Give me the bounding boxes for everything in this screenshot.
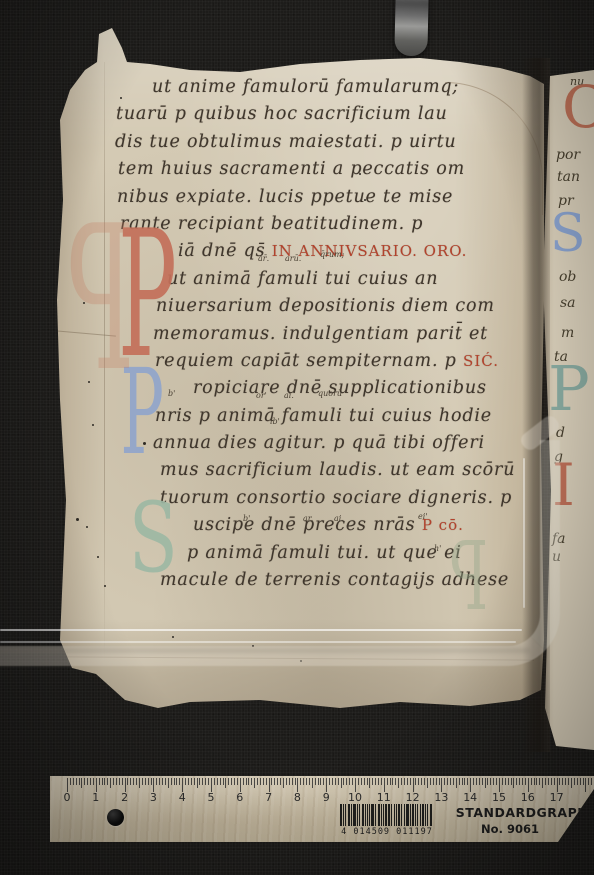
ruler-tick (378, 778, 379, 785)
ruler-tick (568, 778, 569, 785)
ruler-tick (464, 778, 465, 785)
ruler-tick (479, 778, 480, 785)
ruler-tick (139, 778, 140, 788)
ruler-tick (179, 778, 180, 785)
barcode-bar (367, 804, 368, 826)
barcode-bar (357, 804, 358, 826)
ruler-tick (240, 778, 241, 792)
gloss: ai. (284, 392, 294, 400)
ruler-tick (122, 778, 123, 785)
barcode-bar (371, 804, 374, 826)
ink-segment: ut animā famuli tui cuius an (167, 269, 438, 289)
ruler-tick (355, 778, 356, 792)
ruler-tick (127, 778, 128, 785)
glass-highlight (0, 629, 522, 631)
ruler-tick (306, 778, 307, 785)
ruler-number: 15 (490, 791, 508, 804)
ruler-tick (234, 778, 235, 785)
ruler-tick (323, 778, 324, 785)
ruler-tick (338, 778, 339, 785)
ruler-tick (116, 778, 117, 785)
ruler-tick (231, 778, 232, 785)
ruler-tick (574, 778, 575, 785)
barcode (340, 804, 432, 826)
ruler-number: 12 (404, 791, 422, 804)
ruler-tick (433, 778, 434, 785)
ruler-number: 11 (375, 791, 393, 804)
barcode-bar (415, 804, 416, 826)
ruler-tick (571, 778, 572, 788)
barcode-bar (417, 804, 418, 826)
ruler-tick (248, 778, 249, 785)
barcode-bar (388, 804, 390, 826)
ruler-tick (254, 778, 255, 788)
ruler-tick (136, 778, 137, 785)
ruler-number: 3 (144, 791, 162, 804)
ruler-tick (81, 778, 82, 788)
ruler-tick (188, 778, 189, 785)
ruler-number: 14 (461, 791, 479, 804)
ruler-tick (341, 778, 342, 788)
ruler-tick (439, 778, 440, 785)
ruler-tick (542, 778, 543, 788)
ruler-tick (202, 778, 203, 785)
ruler-tick (266, 778, 267, 785)
ruler-tick (300, 778, 301, 785)
ruler-tick (280, 778, 281, 785)
ruler-tick (237, 778, 238, 785)
ruler-tick (427, 778, 428, 788)
ruler-tick (343, 778, 344, 785)
ruler-tick (525, 778, 526, 785)
ruler-tick (84, 778, 85, 785)
barcode-bar (383, 804, 384, 826)
ruler-tick (410, 778, 411, 785)
ruler-tick (263, 778, 264, 785)
ruler-tick (96, 778, 97, 792)
ruler-tick (487, 778, 488, 785)
ruler-number: 2 (116, 791, 134, 804)
ruler-number: 0 (58, 791, 76, 804)
ruler-tick (243, 778, 244, 785)
ruler-tick (522, 778, 523, 785)
barcode-bar (345, 804, 346, 826)
ruler-tick (516, 778, 517, 785)
barcode-bar (365, 804, 366, 826)
ruler-tick (119, 778, 120, 785)
ruler-tick (165, 778, 166, 785)
ruler-tick (113, 778, 114, 785)
barcode-bar (348, 804, 350, 826)
ruler-tick (424, 778, 425, 785)
showthrough-initial-left: P (80, 222, 135, 378)
ruler-tick (467, 778, 468, 785)
ink-segment: tem huius sacramenti a peccatis om (118, 159, 465, 179)
ruler-tick (548, 778, 549, 785)
ruler-tick (142, 778, 143, 785)
ruler-tick (485, 778, 486, 788)
ruler-tick (148, 778, 149, 785)
ruler-tick (450, 778, 451, 785)
barcode-bar (391, 804, 392, 826)
glass-page-weight (0, 440, 560, 666)
ruler-tick (251, 778, 252, 785)
ruler-tick (274, 778, 275, 785)
ruler-tick (447, 778, 448, 785)
text-line: tuarū p quibus hoc sacrificium lau (112, 101, 507, 128)
barcode-bar (351, 804, 352, 826)
ruler-tick (401, 778, 402, 785)
ruler-tick (318, 778, 319, 785)
ruler-tick (392, 778, 393, 785)
ruler-tick (70, 778, 71, 785)
ruler-tick (283, 778, 284, 788)
ruler-tick (171, 778, 172, 785)
ruler-tick (372, 778, 373, 785)
ruler-tick (223, 778, 224, 785)
ink-speck (359, 173, 361, 175)
ruler-tick (156, 778, 157, 785)
ruler-tick (430, 778, 431, 785)
ruler-tick (185, 778, 186, 785)
ruler-tick (257, 778, 258, 785)
barcode-bar (343, 804, 344, 826)
ruler-tick (418, 778, 419, 785)
ruler-tick (577, 778, 578, 785)
ruler-tick (436, 778, 437, 785)
ruler-tick (194, 778, 195, 785)
barcode-bar (401, 804, 402, 826)
facing-initial: S (550, 214, 586, 256)
barcode-bar (404, 804, 405, 826)
ruler-tick (145, 778, 146, 785)
glass-highlight (0, 641, 516, 643)
ruler-tick (536, 778, 537, 785)
ruler-tick (462, 778, 463, 785)
ruler-tick (104, 778, 105, 785)
ruler-tick (387, 778, 388, 785)
ruler-tick (211, 778, 212, 792)
ruler-tick (508, 778, 509, 785)
glass-highlight (523, 458, 525, 608)
ruler-tick (421, 778, 422, 785)
ruler-tick (176, 778, 177, 785)
ruler-tick (289, 778, 290, 785)
ruler-tick (225, 778, 226, 788)
ruler-tick (554, 778, 555, 785)
ruler-tick (352, 778, 353, 785)
ink-segment: niuersarium depositionis diem com (156, 296, 495, 316)
barcode-bar (378, 804, 380, 826)
ruler-tick (534, 778, 535, 785)
ruler-tick (309, 778, 310, 785)
ruler-tick (413, 778, 414, 792)
barcode-bar (369, 804, 370, 826)
barcode-bar (420, 804, 421, 826)
ruler-tick (153, 778, 154, 792)
facing-text-fragment: m (561, 326, 574, 340)
ruler-tick (277, 778, 278, 785)
ruler-tick (358, 778, 359, 785)
facing-initial: C (562, 84, 594, 130)
ruler-tick (539, 778, 540, 785)
ruler-tick (551, 778, 552, 785)
ruler-tick (168, 778, 169, 788)
ruler-tick (191, 778, 192, 785)
ruler-number: 7 (260, 791, 278, 804)
ruler-tick (87, 778, 88, 785)
ruler-tick (332, 778, 333, 785)
ink-segment: requiem capiāt sempiternam. p (155, 351, 463, 371)
photo-stage: ut anime famulorū famularumq;tuarū p qui… (0, 0, 594, 875)
ruler-tick (441, 778, 442, 792)
ruler-number: 9 (317, 791, 335, 804)
ruler-tick (312, 778, 313, 788)
ruler-tick (384, 778, 385, 792)
ruler-tick (565, 778, 566, 785)
ink-speck (92, 424, 94, 426)
ruler-tick (470, 778, 471, 792)
text-line: dis tue obtulimus maiestati. p uirtu (112, 129, 507, 156)
barcode-bar (340, 804, 342, 826)
ruler-tick (369, 778, 370, 788)
ruler-tick (528, 778, 529, 792)
ruler-tick (407, 778, 408, 785)
ink-segment: nris p animā famuli tui cuius hodie (155, 406, 492, 426)
ruler-tick (490, 778, 491, 785)
ink-segment: dis tue obtulimus maiestati. p uirtu (115, 132, 457, 152)
ruler-tick (588, 778, 589, 785)
ruler-tick (303, 778, 304, 785)
ruler-tick (476, 778, 477, 785)
ruler-tick (246, 778, 247, 785)
ruler-tick (174, 778, 175, 785)
ink-speck (88, 381, 90, 383)
ink-speck (364, 199, 366, 201)
ruler-tick (271, 778, 272, 785)
ruler-tick (217, 778, 218, 785)
ruler-tick (381, 778, 382, 785)
ruler-tick (513, 778, 514, 788)
ruler-hole (107, 809, 124, 826)
ruler-tick (585, 778, 586, 792)
gloss: b' (168, 390, 175, 398)
ruler-tick (297, 778, 298, 792)
barcode-bar (406, 804, 409, 826)
rubric-segment: SIĆ. (463, 352, 499, 370)
gloss: or' (256, 392, 267, 400)
ruler-tick (151, 778, 152, 785)
ruler-tick (295, 778, 296, 785)
ruler-tick (99, 778, 100, 785)
ruler-tick (390, 778, 391, 785)
ruler-number: 10 (346, 791, 364, 804)
text-line: ut anime famulorū famularumq; (112, 74, 507, 101)
ink-segment: tuarū p quibus hoc sacrificium lau (116, 104, 448, 124)
ruler-tick (346, 778, 347, 785)
barcode-bar (375, 804, 376, 826)
ruler-tick (444, 778, 445, 785)
ruler-tick (228, 778, 229, 785)
ruler-tick (545, 778, 546, 785)
facing-text-fragment: ob (559, 270, 576, 284)
ruler-number: 16 (519, 791, 537, 804)
gloss: ar̄. (258, 255, 269, 263)
ruler-number: 1 (87, 791, 105, 804)
ruler-tick (398, 778, 399, 788)
barcode-bar (422, 804, 424, 826)
ruler-tick (107, 778, 108, 785)
ruler-tick (519, 778, 520, 785)
ruler-tick (591, 778, 592, 785)
facing-text-fragment: sa (560, 296, 576, 310)
barcode-bar (412, 804, 414, 826)
barcode-bar (396, 804, 397, 826)
ruler-tick (125, 778, 126, 792)
ruler-tick (102, 778, 103, 785)
ruler-tick (214, 778, 215, 785)
facing-initial: P (548, 364, 590, 414)
ruler-tick (583, 778, 584, 785)
ruler-tick (531, 778, 532, 785)
ruler-tick (320, 778, 321, 785)
barcode-digits: 4 014509 011197 (332, 827, 442, 837)
ruler-tick (208, 778, 209, 785)
ruler-tick (562, 778, 563, 785)
ruler-brand-label: STANDARDGRAPH (442, 805, 594, 820)
ruler-number: 6 (231, 791, 249, 804)
ruler-tick (90, 778, 91, 785)
ruler-tick (133, 778, 134, 785)
ruler-tick (159, 778, 160, 785)
barcode-bar (359, 804, 360, 826)
ruler-tick (511, 778, 512, 785)
ink-speck (83, 302, 85, 304)
ruler-tick (315, 778, 316, 785)
ink-segment: ut anime famulorū famularumq; (152, 77, 459, 97)
ruler-number: 17 (548, 791, 566, 804)
ruler-tick (395, 778, 396, 785)
ruler-tick (110, 778, 111, 788)
ruler-tick (269, 778, 270, 792)
ruler-tick (580, 778, 581, 785)
ruler-tick (326, 778, 327, 792)
text-line: tem huius sacramenti a peccatis om (112, 156, 507, 183)
ruler-tick (415, 778, 416, 785)
ruler-tick (205, 778, 206, 785)
ruler-tick (329, 778, 330, 785)
ruler-tick (162, 778, 163, 785)
ruler-tick (493, 778, 494, 785)
gloss: quorū (318, 390, 342, 398)
ruler-tick (286, 778, 287, 785)
ruler-tick (367, 778, 368, 785)
ruler-tick (260, 778, 261, 785)
ruler-number: 4 (173, 791, 191, 804)
ruler-tick (559, 778, 560, 785)
ruler-tick (364, 778, 365, 785)
ruler-tick (79, 778, 80, 785)
barcode-bar (381, 804, 382, 826)
barcode-bar (362, 804, 364, 826)
ruler-tick (349, 778, 350, 785)
barcode-bar (410, 804, 411, 826)
ruler: 01234567891011121314151617 4 014509 0111… (50, 776, 594, 842)
ruler-tick (93, 778, 94, 785)
ruler-tick (67, 778, 68, 792)
ink-speck (120, 97, 122, 99)
ruler-tick (182, 778, 183, 792)
ruler-tick (335, 778, 336, 785)
ruler-tick (404, 778, 405, 785)
facing-text-fragment: tan (557, 170, 580, 184)
ink-segment: memoramus. indulgentiam parit̄ et (153, 324, 488, 344)
ruler-tick (557, 778, 558, 792)
ruler-tick (220, 778, 221, 785)
ruler-tick (456, 778, 457, 788)
barcode-bar (353, 804, 356, 826)
facing-text-fragment: por (556, 148, 580, 162)
barcode-bar (394, 804, 395, 826)
gloss: arū. (285, 255, 301, 263)
ruler-tick (375, 778, 376, 785)
ruler-number: 5 (202, 791, 220, 804)
ruler-tick (292, 778, 293, 785)
ruler-number: 8 (288, 791, 306, 804)
ruler-tick (499, 778, 500, 792)
gloss: ib' (270, 418, 280, 426)
barcode-bar (425, 804, 426, 826)
ruler-number: 13 (432, 791, 450, 804)
gloss: q̄rum; (320, 251, 344, 259)
ruler-tick (505, 778, 506, 785)
ruler-tick (496, 778, 497, 785)
ruler-tick (197, 778, 198, 788)
ruler-tick (502, 778, 503, 785)
metal-clip (394, 0, 428, 56)
ruler-tick (459, 778, 460, 785)
ruler-tick (482, 778, 483, 785)
ruler-tick (453, 778, 454, 785)
barcode-bar (398, 804, 400, 826)
ruler-tick (130, 778, 131, 785)
barcode-bar (385, 804, 387, 826)
ruler-tick (473, 778, 474, 785)
ruler-tick (73, 778, 74, 785)
ruler-tick (199, 778, 200, 785)
barcode-bar (427, 804, 428, 826)
ruler-tick (361, 778, 362, 785)
ruler-tick (76, 778, 77, 785)
